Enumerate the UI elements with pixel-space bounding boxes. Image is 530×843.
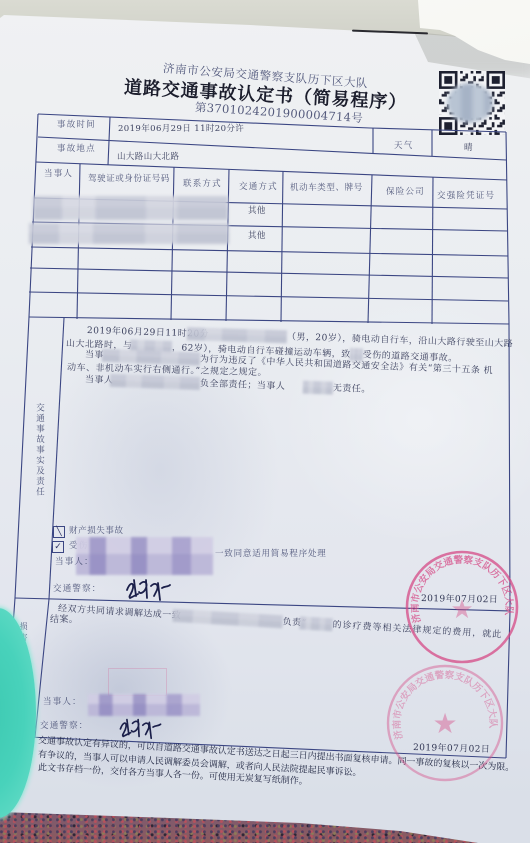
header-insurer: 保险公司 [386, 188, 425, 197]
officer-signature-label: 交通警察： [53, 585, 102, 594]
redacted-block [33, 196, 228, 220]
header-id-number: 驾驶证或身份证号码 [88, 175, 170, 184]
header-transport-mode: 交通方式 [239, 183, 278, 192]
table-border-top [38, 114, 506, 132]
checkbox-property-loss-label: 财产损失事故 [69, 527, 124, 536]
facts-text: 无责任。 [333, 382, 368, 395]
faint-stamp-mark [108, 668, 167, 696]
table-line [432, 177, 433, 324]
table-border-right [506, 132, 510, 758]
table-line [368, 175, 372, 323]
accident-location-value: 山大路山大北路 [117, 153, 179, 162]
mediation-text: 负责“ [282, 616, 300, 629]
table-line [226, 169, 229, 321]
weather-label: 天气 [394, 142, 413, 151]
redacted-block [29, 223, 229, 244]
header-contact: 联系方式 [183, 180, 222, 189]
accident-time-value: 2019年06月29日 11时20分许 [118, 125, 244, 134]
mediation-officer-signature [115, 714, 165, 742]
header-party: 当事人 [44, 170, 73, 179]
facts-text: 当事 [85, 349, 102, 362]
table-line [31, 247, 508, 256]
redacted-block [76, 537, 213, 575]
table-row-1-transport-mode: 其他 [248, 207, 266, 216]
weather-value: 晴 [464, 144, 473, 153]
procedure-date: 2019年07月02日 [421, 595, 498, 605]
redacted-block [88, 694, 200, 716]
table-line [35, 599, 49, 737]
table-row-2-transport-mode: 其他 [248, 232, 266, 241]
table-line [29, 292, 508, 301]
mediation-text-end: 结案。 [50, 616, 78, 625]
accident-location-label: 事故地点 [57, 145, 96, 154]
accident-time-label: 事故时间 [57, 121, 96, 130]
facts-section-label: 交通事故事实及责任 [35, 403, 44, 498]
facts-text: 当事人 [85, 374, 110, 387]
checkbox-property-loss: ╲ [53, 526, 65, 538]
header-vehicle-type-plate: 机动车类型、牌号 [290, 184, 363, 193]
facts-text: 2019年06月29日11时20分 [87, 325, 187, 340]
table-line [29, 317, 509, 324]
redacted-block [299, 616, 333, 631]
officer-signature [124, 574, 172, 604]
mediation-officer-label: 交通警察： [40, 722, 89, 731]
table-line [30, 268, 508, 278]
redacted-block [303, 381, 333, 395]
agreement-text: 一致同意适用简易程序处理 [215, 550, 327, 559]
mediation-party-label: 当事人： [43, 698, 82, 707]
header-insurance-number: 交强险凭证号 [437, 192, 495, 201]
party-signature-label: 当事人： [55, 558, 94, 567]
checkbox-injury: ✓ [52, 541, 64, 553]
table-line [281, 171, 283, 322]
